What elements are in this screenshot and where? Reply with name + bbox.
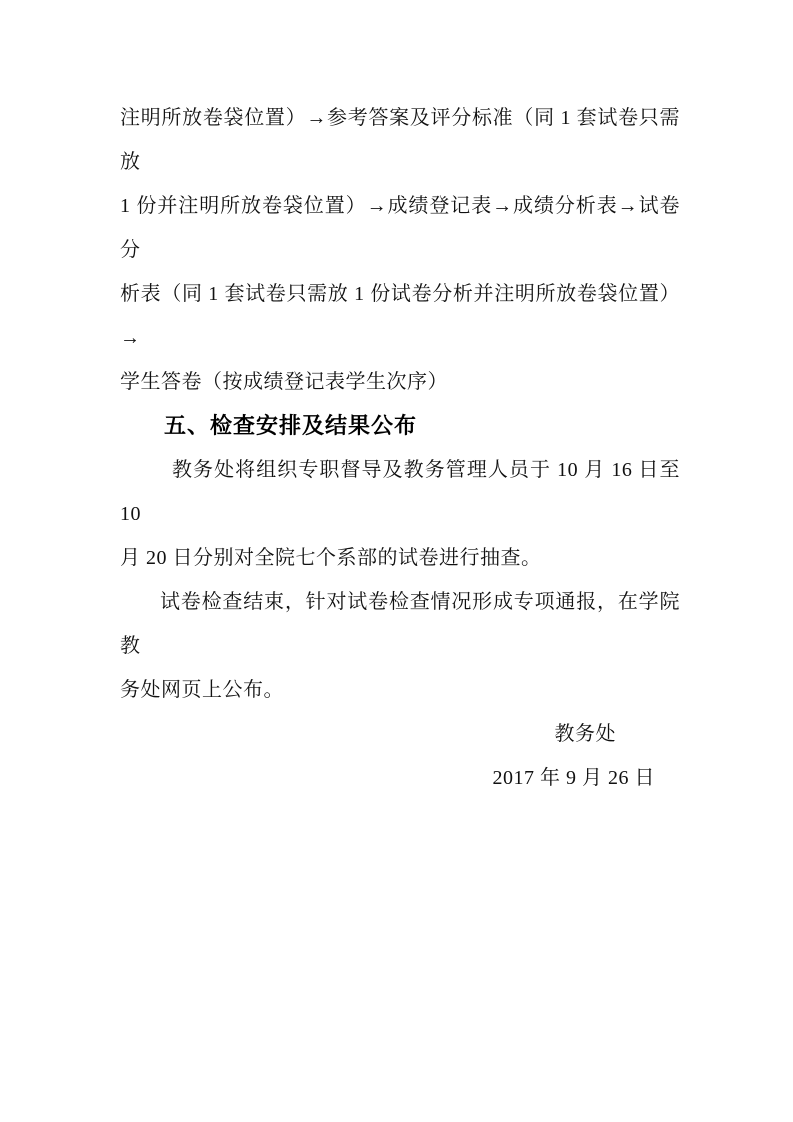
continuation-line-4: 学生答卷（按成绩登记表学生次序） [120, 360, 680, 404]
signature: 教务处 [120, 712, 680, 756]
paragraph2-line-1: 试卷检查结束，针对试卷检查情况形成专项通报，在学院教 [120, 580, 680, 668]
date-line: 2017 年 9 月 26 日 [120, 756, 680, 800]
section-heading: 五、检查安排及结果公布 [120, 404, 680, 448]
continuation-line-2: 1 份并注明所放卷袋位置）→成绩登记表→成绩分析表→试卷分 [120, 184, 680, 272]
paragraph1-line-1: 教务处将组织专职督导及教务管理人员于 10 月 16 日至 10 [120, 448, 680, 536]
paragraph2-line-2: 务处网页上公布。 [120, 668, 680, 712]
paragraph1-line-2: 月 20 日分别对全院七个系部的试卷进行抽查。 [120, 536, 680, 580]
document-page: 注明所放卷袋位置）→参考答案及评分标准（同 1 套试卷只需放 1 份并注明所放卷… [0, 0, 793, 1122]
continuation-line-3: 析表（同 1 套试卷只需放 1 份试卷分析并注明所放卷袋位置）→ [120, 272, 680, 360]
document-content: 注明所放卷袋位置）→参考答案及评分标准（同 1 套试卷只需放 1 份并注明所放卷… [120, 96, 680, 800]
continuation-line-1: 注明所放卷袋位置）→参考答案及评分标准（同 1 套试卷只需放 [120, 96, 680, 184]
